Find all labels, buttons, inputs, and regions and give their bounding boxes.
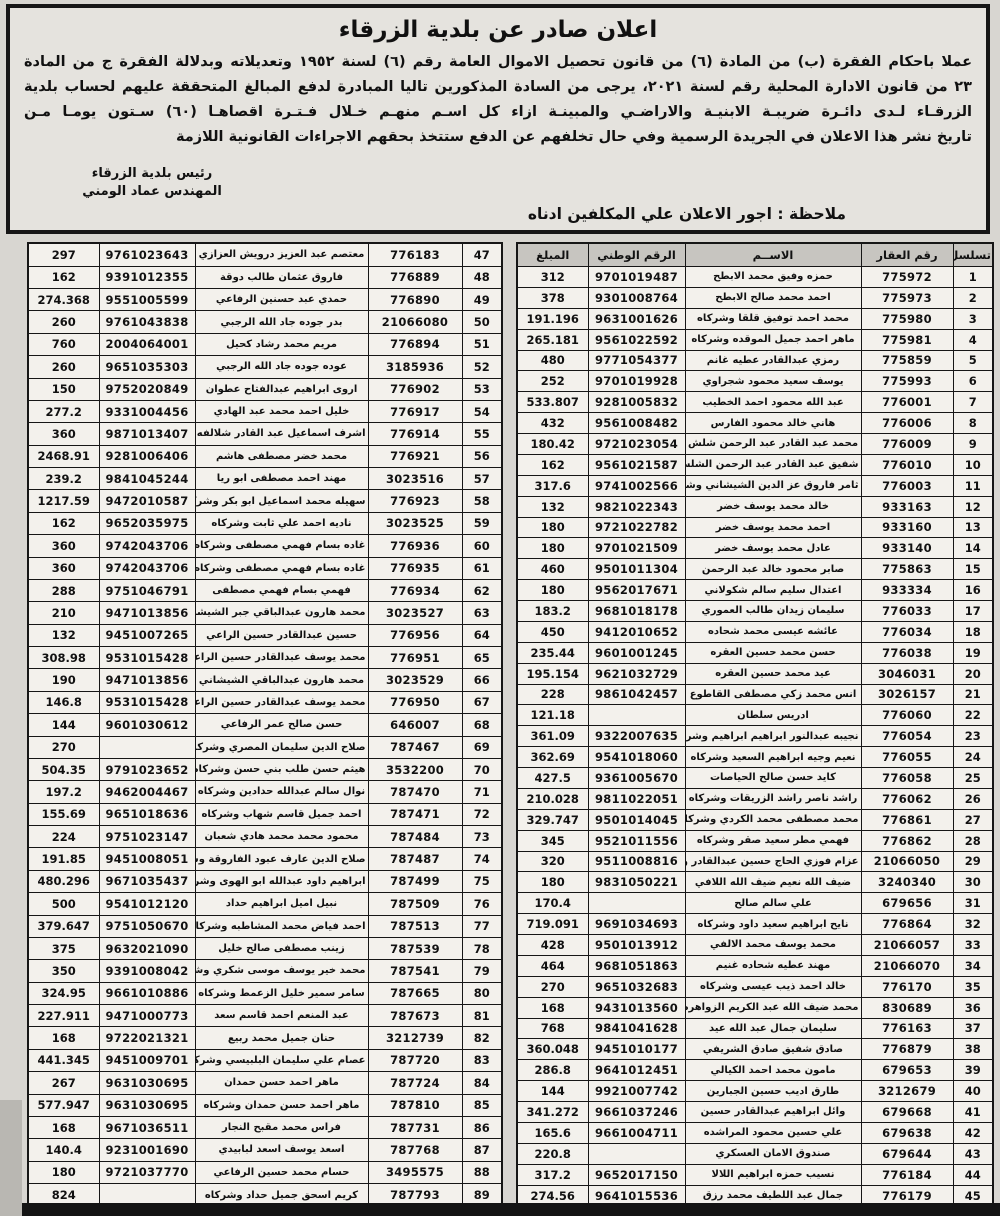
name-cell: خليل احمد محمد عبد الهادي — [195, 400, 368, 422]
property-number-cell: 787539 — [368, 937, 462, 959]
name-cell: خالد محمد يوسف خضر — [685, 496, 861, 517]
table-row: 35776170خالد احمد ذيب عيسى وشركاه9651032… — [517, 976, 993, 997]
amount-cell: 2468.91 — [28, 445, 99, 467]
table-row: 823212739حنان جميل محمد ربيع972202132116… — [28, 1027, 502, 1049]
name-cell: محمد هارون عبدالباقي الشيشاني — [195, 669, 368, 691]
amount-cell: 341.272 — [517, 1102, 588, 1123]
name-cell: نايح ابراهيم سعيد داود وشركاه — [685, 914, 861, 935]
name-cell: احمد محمد يوسف خضر — [685, 517, 861, 538]
national-id-cell: 9661004711 — [588, 1122, 685, 1143]
national-id-cell: 9281005832 — [588, 392, 685, 413]
header-serial: تسلسل — [953, 243, 993, 267]
amount-cell: 132 — [28, 624, 99, 646]
property-number-cell: 776058 — [861, 768, 953, 789]
table-row: 663023529محمد هارون عبدالباقي الشيشاني94… — [28, 669, 502, 691]
amount-cell: 480 — [517, 350, 588, 371]
table-row: 51776894مريم محمد رشاد كحيل2004064001760 — [28, 333, 502, 355]
property-number-cell: 3023525 — [368, 512, 462, 534]
national-id-cell: 9451007265 — [99, 624, 195, 646]
table-row: 26776062راشد ناصر راشد الزريقات وشركاه98… — [517, 788, 993, 809]
property-number-cell: 3026157 — [861, 684, 953, 705]
national-id-cell: 9551005599 — [99, 289, 195, 311]
amount-cell: 210.028 — [517, 788, 588, 809]
serial-cell: 4 — [953, 329, 993, 350]
property-number-cell: 21066080 — [368, 311, 462, 333]
amount-cell: 183.2 — [517, 601, 588, 622]
amount-cell: 162 — [28, 512, 99, 534]
amount-cell: 180 — [28, 1161, 99, 1183]
amount-cell: 180 — [517, 872, 588, 893]
amount-cell: 140.4 — [28, 1139, 99, 1161]
table-row: 77787513احمد فياض محمد المشاطبه وشركاه97… — [28, 915, 502, 937]
national-id-cell: 9681051863 — [588, 955, 685, 976]
national-id-cell: 9871013407 — [99, 423, 195, 445]
national-id-cell: 9472010587 — [99, 490, 195, 512]
amount-cell: 441.345 — [28, 1049, 99, 1071]
name-cell: ثامر فاروق عز الدين الشيشاني وشركاه — [685, 475, 861, 496]
serial-cell: 57 — [462, 468, 502, 490]
signature-name: المهندس عماد الومني — [52, 183, 252, 201]
serial-cell: 76 — [462, 893, 502, 915]
name-cell: انس محمد زكي مصطفى القاطوع — [685, 684, 861, 705]
property-number-cell: 21066070 — [861, 955, 953, 976]
national-id-cell: 9921007742 — [588, 1081, 685, 1102]
national-id-cell: 9471013856 — [99, 602, 195, 624]
amount-cell: 235.44 — [517, 642, 588, 663]
amount-cell: 317.2 — [517, 1164, 588, 1185]
amount-cell: 180.42 — [517, 434, 588, 455]
national-id-cell: 9562017671 — [588, 580, 685, 601]
name-cell: علي حسين محمود المراشده — [685, 1122, 861, 1143]
name-cell: شفيق عبد القادر عبد الرحمن الشلش وشركاه — [685, 454, 861, 475]
national-id-cell: 9721022782 — [588, 517, 685, 538]
amount-cell: 265.181 — [517, 329, 588, 350]
serial-cell: 56 — [462, 445, 502, 467]
table-row: 25776058كايد حسن صالح الحياصات9361005670… — [517, 768, 993, 789]
national-id-cell: 9742043706 — [99, 557, 195, 579]
table-row: 67776950محمد يوسف عبدالقادر حسين الراعي9… — [28, 691, 502, 713]
table-row: 5775859رمزي عبدالقادر عطيه غانم977105437… — [517, 350, 993, 371]
serial-cell: 36 — [953, 997, 993, 1018]
serial-cell: 81 — [462, 1005, 502, 1027]
national-id-cell: 9322007635 — [588, 726, 685, 747]
table-row: 3321066057محمد يوسف محمد الالفي950101391… — [517, 935, 993, 956]
property-number-cell: 776902 — [368, 378, 462, 400]
name-cell: محمود محمد محمد هادي شعبان — [195, 826, 368, 848]
table-row: 10776010شفيق عبد القادر عبد الرحمن الشلش… — [517, 454, 993, 475]
name-cell: ماهر احمد جميل الموقده وشركاه — [685, 329, 861, 350]
property-number-cell: 3212679 — [861, 1081, 953, 1102]
amount-cell: 464 — [517, 955, 588, 976]
property-number-cell: 933163 — [861, 496, 953, 517]
table-row: 703532200هيثم حسن طلب بني حسن وشركاه9791… — [28, 758, 502, 780]
property-number-cell: 787720 — [368, 1049, 462, 1071]
name-cell: خالد احمد ذيب عيسى وشركاه — [685, 976, 861, 997]
serial-cell: 39 — [953, 1060, 993, 1081]
amount-cell: 224 — [28, 826, 99, 848]
amount-cell: 450 — [517, 621, 588, 642]
table-row: 49776890حمدي عبد حسنين الرفاعي9551005599… — [28, 289, 502, 311]
national-id-cell: 9771054377 — [588, 350, 685, 371]
property-number-cell: 679668 — [861, 1102, 953, 1123]
serial-cell: 2 — [953, 287, 993, 308]
amount-cell: 760 — [28, 333, 99, 355]
national-id-cell — [588, 1143, 685, 1164]
national-id-cell: 9471013856 — [99, 669, 195, 691]
amount-cell: 308.98 — [28, 647, 99, 669]
property-number-cell: 776950 — [368, 691, 462, 713]
table-row: 19776038حسن محمد حسين العقره960100124523… — [517, 642, 993, 663]
table-row: 69787467صلاح الدين سليمان المصري وشركاه2… — [28, 736, 502, 758]
property-number-cell: 776951 — [368, 647, 462, 669]
property-number-cell: 3046031 — [861, 663, 953, 684]
national-id-cell: 9561008482 — [588, 413, 685, 434]
national-id-cell: 9701021509 — [588, 538, 685, 559]
amount-cell: 360 — [28, 423, 99, 445]
table-row: 3775980محمد احمد توفيق قلقا وشركاه963100… — [517, 308, 993, 329]
table-row: 54776917خليل احمد محمد عبد الهادي9331004… — [28, 400, 502, 422]
serial-cell: 65 — [462, 647, 502, 669]
national-id-cell: 9691034693 — [588, 914, 685, 935]
serial-cell: 68 — [462, 714, 502, 736]
property-number-cell: 776921 — [368, 445, 462, 467]
national-id-cell: 9761043838 — [99, 311, 195, 333]
property-number-cell: 776862 — [861, 830, 953, 851]
national-id-cell: 9681018178 — [588, 601, 685, 622]
property-number-cell: 776033 — [861, 601, 953, 622]
national-id-cell: 9631030695 — [99, 1094, 195, 1116]
national-id-cell: 9722021321 — [99, 1027, 195, 1049]
serial-cell: 44 — [953, 1164, 993, 1185]
amount-cell: 361.09 — [517, 726, 588, 747]
name-cell: فاروق عثمان طالب دوقة — [195, 266, 368, 288]
serial-cell: 15 — [953, 559, 993, 580]
property-number-cell: 775863 — [861, 559, 953, 580]
serial-cell: 32 — [953, 914, 993, 935]
national-id-cell: 9701019487 — [588, 267, 685, 288]
amount-cell: 150 — [28, 378, 99, 400]
serial-cell: 79 — [462, 960, 502, 982]
name-cell: مامون محمد احمد الكيالي — [685, 1060, 861, 1081]
national-id-cell: 2004064001 — [99, 333, 195, 355]
property-number-cell: 776184 — [861, 1164, 953, 1185]
property-number-cell: 776934 — [368, 579, 462, 601]
serial-cell: 88 — [462, 1161, 502, 1183]
table-row: 74787487صلاح الدين عارف عبود الفاروقة وش… — [28, 848, 502, 870]
property-number-cell: 776956 — [368, 624, 462, 646]
property-number-cell: 776889 — [368, 266, 462, 288]
property-number-cell: 933160 — [861, 517, 953, 538]
property-number-cell: 776010 — [861, 454, 953, 475]
table-row: 39679653مامون محمد احمد الكيالي964101245… — [517, 1060, 993, 1081]
table-row: 75787499ابراهيم داود عبدالله ابو الهوى و… — [28, 870, 502, 892]
table-row: 55776914اشرف اسماعيل عبد القادر شلالفه98… — [28, 423, 502, 445]
national-id-cell: 9391008042 — [99, 960, 195, 982]
table-row: 16933334اعتدال سليم سالم شكولاني95620176… — [517, 580, 993, 601]
table-row: 43679644صندوق الامان العسكري220.8 — [517, 1143, 993, 1164]
property-number-cell: 3240340 — [861, 872, 953, 893]
header-property-number: رقم العقار — [861, 243, 953, 267]
name-cell: محمد احمد توفيق قلقا وشركاه — [685, 308, 861, 329]
national-id-cell: 9721037770 — [99, 1161, 195, 1183]
amount-cell: 274.368 — [28, 289, 99, 311]
table-row: 71787470نوال سالم عبدالله حدادين وشركاه9… — [28, 781, 502, 803]
property-number-cell: 776170 — [861, 976, 953, 997]
property-number-cell: 3212739 — [368, 1027, 462, 1049]
newspaper-notice-page: اعلان صادر عن بلدية الزرقاء عملا باحكام … — [0, 0, 1000, 1216]
property-number-cell: 775980 — [861, 308, 953, 329]
table-row: 15775863صابر محمود خالد عبد الرحمن950101… — [517, 559, 993, 580]
amount-cell: 1217.59 — [28, 490, 99, 512]
property-number-cell: 933334 — [861, 580, 953, 601]
serial-cell: 34 — [953, 955, 993, 976]
serial-cell: 18 — [953, 621, 993, 642]
property-number-cell: 776163 — [861, 1018, 953, 1039]
property-number-cell: 776890 — [368, 289, 462, 311]
national-id-cell: 9861042457 — [588, 684, 685, 705]
name-cell: معتصم عبد العزيز درويش العزازي — [195, 243, 368, 266]
table-row: 523185936عوده جوده جاد الله الرجبي965103… — [28, 356, 502, 378]
taxpayer-table-right: تسلسل رقم العقار الاســم الرقم الوطني ال… — [516, 242, 994, 1208]
name-cell: سليمان زيدان طالب العموري — [685, 601, 861, 622]
amount-cell: 220.8 — [517, 1143, 588, 1164]
table-row: 65776951محمد يوسف عبدالقادر حسين الراعي9… — [28, 647, 502, 669]
national-id-cell: 9451009701 — [99, 1049, 195, 1071]
name-cell: عبد المنعم احمد قاسم سعد — [195, 1005, 368, 1027]
amount-cell: 260 — [28, 311, 99, 333]
amount-cell: 180 — [517, 580, 588, 601]
property-number-cell: 776006 — [861, 413, 953, 434]
table-row: 56776921محمد خضر مصطفى هاشم9281006406246… — [28, 445, 502, 467]
national-id-cell: 9841045244 — [99, 468, 195, 490]
national-id-cell — [588, 893, 685, 914]
national-id-cell: 9521011556 — [588, 830, 685, 851]
amount-cell: 180 — [517, 538, 588, 559]
serial-cell: 9 — [953, 434, 993, 455]
amount-cell: 170.4 — [517, 893, 588, 914]
table-row: 83787720عصام علي سليمان البلبيسي وشركاه9… — [28, 1049, 502, 1071]
serial-cell: 31 — [953, 893, 993, 914]
national-id-cell: 9561022592 — [588, 329, 685, 350]
property-number-cell: 679656 — [861, 893, 953, 914]
signature-block: رئيس بلدية الزرقاء المهندس عماد الومني — [52, 165, 252, 201]
name-cell: احمد فياض محمد المشاطبه وشركاه — [195, 915, 368, 937]
amount-cell: 286.8 — [517, 1060, 588, 1081]
table-row: 44776184نسيب حمزه ابراهيم اللالا96520171… — [517, 1164, 993, 1185]
table-row: 85787810ماهر احمد حسن حمدان وشركاه963103… — [28, 1094, 502, 1116]
table-row: 86787731فراس محمد مقبح النجار96710365111… — [28, 1116, 502, 1138]
serial-cell: 80 — [462, 982, 502, 1004]
property-number-cell: 787731 — [368, 1116, 462, 1138]
serial-cell: 86 — [462, 1116, 502, 1138]
property-number-cell: 3495575 — [368, 1161, 462, 1183]
name-cell: فراس محمد مقبح النجار — [195, 1116, 368, 1138]
serial-cell: 49 — [462, 289, 502, 311]
table-row: 78787539زينب مصطفى صالح خليل963202109037… — [28, 937, 502, 959]
name-cell: محمد يوسف عبدالقادر حسين الراعي — [195, 691, 368, 713]
property-number-cell: 776923 — [368, 490, 462, 512]
paragraph-line-1: عملا باحكام الفقرة (ب) من المادة (٦) من … — [24, 50, 972, 75]
national-id-cell: 9821022343 — [588, 496, 685, 517]
name-cell: ماهر احمد حسن حمدان — [195, 1072, 368, 1094]
name-cell: نجيبه عبدالنور ابراهيم ابراهيم وشركاه — [685, 726, 861, 747]
amount-cell: 350 — [28, 960, 99, 982]
table-row: 42679638علي حسين محمود المراشده966100471… — [517, 1122, 993, 1143]
amount-cell: 146.8 — [28, 691, 99, 713]
serial-cell: 61 — [462, 557, 502, 579]
property-number-cell: 787665 — [368, 982, 462, 1004]
property-number-cell: 775973 — [861, 287, 953, 308]
serial-cell: 13 — [953, 517, 993, 538]
table-row: 883495575حسام محمد حسين الرفاعي972103777… — [28, 1161, 502, 1183]
serial-cell: 48 — [462, 266, 502, 288]
name-cell: محمد ضيف الله عبد الكريم الزواهره — [685, 997, 861, 1018]
property-number-cell: 3023527 — [368, 602, 462, 624]
amount-cell: 267 — [28, 1072, 99, 1094]
national-id-cell: 9811022051 — [588, 788, 685, 809]
table-row: 32776864نايح ابراهيم سعيد داود وشركاه969… — [517, 914, 993, 935]
scan-side-shadow — [0, 1100, 22, 1216]
name-cell: زينب مصطفى صالح خليل — [195, 937, 368, 959]
name-cell: محمد يوسف محمد الالفي — [685, 935, 861, 956]
property-number-cell: 21066057 — [861, 935, 953, 956]
serial-cell: 38 — [953, 1039, 993, 1060]
table-row: 2921066050عزام فوزي الحاج حسين عبدالقادر… — [517, 851, 993, 872]
serial-cell: 78 — [462, 937, 502, 959]
serial-cell: 42 — [953, 1122, 993, 1143]
table-row: 1775972حمزه وفيق محمد الابطح970101948731… — [517, 267, 993, 288]
amount-cell: 144 — [517, 1081, 588, 1102]
name-cell: علي سالم صالح — [685, 893, 861, 914]
name-cell: هاني خالد محمود الفارس — [685, 413, 861, 434]
table-row: 81787673عبد المنعم احمد قاسم سعد94710007… — [28, 1005, 502, 1027]
serial-cell: 52 — [462, 356, 502, 378]
amount-cell: 360 — [28, 535, 99, 557]
name-cell: محمد عبد القادر عبد الرحمن شلش — [685, 434, 861, 455]
name-cell: فهمي بسام فهمي مصطفى — [195, 579, 368, 601]
table-row: 9776009محمد عبد القادر عبد الرحمن شلش972… — [517, 434, 993, 455]
serial-cell: 85 — [462, 1094, 502, 1116]
property-number-cell: 787541 — [368, 960, 462, 982]
serial-cell: 75 — [462, 870, 502, 892]
amount-cell: 162 — [28, 266, 99, 288]
table-row: 633023527محمد هارون عبدالباقي جبر الشيشا… — [28, 602, 502, 624]
serial-cell: 77 — [462, 915, 502, 937]
table-row: 22776060ادريس سلطان121.18 — [517, 705, 993, 726]
amount-cell: 500 — [28, 893, 99, 915]
name-cell: عوده جوده جاد الله الرجبي — [195, 356, 368, 378]
amount-cell: 324.95 — [28, 982, 99, 1004]
table-row: 84787724ماهر احمد حسن حمدان9631030695267 — [28, 1072, 502, 1094]
serial-cell: 67 — [462, 691, 502, 713]
name-cell: نعيم وجيه ابراهيم السعيد وشركاه — [685, 747, 861, 768]
header-amount: المبلغ — [517, 243, 588, 267]
serial-cell: 27 — [953, 809, 993, 830]
amount-cell: 195.154 — [517, 663, 588, 684]
serial-cell: 66 — [462, 669, 502, 691]
name-cell: عزام فوزي الحاج حسين عبدالقادر وشركاه — [685, 851, 861, 872]
table-row: 58776923سهيله محمد اسماعيل ابو بكر وشركا… — [28, 490, 502, 512]
amount-cell: 277.2 — [28, 400, 99, 422]
table-row: 213026157انس محمد زكي مصطفى القاطوع98610… — [517, 684, 993, 705]
serial-cell: 43 — [953, 1143, 993, 1164]
serial-cell: 23 — [953, 726, 993, 747]
national-id-cell: 9671035437 — [99, 870, 195, 892]
amount-cell: 719.091 — [517, 914, 588, 935]
notice-box: اعلان صادر عن بلدية الزرقاء عملا باحكام … — [6, 4, 990, 234]
property-number-cell: 787467 — [368, 736, 462, 758]
amount-cell: 210 — [28, 602, 99, 624]
name-cell: حمدي عبد حسنين الرفاعي — [195, 289, 368, 311]
national-id-cell: 9652035975 — [99, 512, 195, 534]
serial-cell: 37 — [953, 1018, 993, 1039]
national-id-cell: 9601001245 — [588, 642, 685, 663]
national-id-cell: 9541012120 — [99, 893, 195, 915]
amount-cell: 270 — [28, 736, 99, 758]
header-national-id: الرقم الوطني — [588, 243, 685, 267]
serial-cell: 82 — [462, 1027, 502, 1049]
property-number-cell: 776864 — [861, 914, 953, 935]
name-cell: محمد خير يوسف موسى شكري وشركاه — [195, 960, 368, 982]
serial-cell: 7 — [953, 392, 993, 413]
table-row: 38776879صادق شفيق صادق الشريفي9451010177… — [517, 1039, 993, 1060]
name-cell: رمزي عبدالقادر عطيه غانم — [685, 350, 861, 371]
national-id-cell: 9651032683 — [588, 976, 685, 997]
property-number-cell: 933140 — [861, 538, 953, 559]
paragraph-line-3: الزرقـاء لـدى دائـرة ضريبـة الابنيـة وال… — [24, 100, 972, 125]
national-id-cell: 9791023652 — [99, 758, 195, 780]
amount-cell: 317.6 — [517, 475, 588, 496]
amount-cell: 379.647 — [28, 915, 99, 937]
national-id-cell: 9331004456 — [99, 400, 195, 422]
amount-cell: 360.048 — [517, 1039, 588, 1060]
national-id-cell: 9531015428 — [99, 647, 195, 669]
national-id-cell: 9651035303 — [99, 356, 195, 378]
property-number-cell: 787484 — [368, 826, 462, 848]
serial-cell: 5 — [953, 350, 993, 371]
amount-cell: 227.911 — [28, 1005, 99, 1027]
property-number-cell: 776879 — [861, 1039, 953, 1060]
table-row: 53776902اروى ابراهيم عبدالفتاح عطوان9752… — [28, 378, 502, 400]
table-row: 573023516مهند احمد مصطفى ابو ريا98410452… — [28, 468, 502, 490]
amount-cell: 228 — [517, 684, 588, 705]
table-row: 24776055نعيم وجيه ابراهيم السعيد وشركاه9… — [517, 747, 993, 768]
national-id-cell: 9281006406 — [99, 445, 195, 467]
name-cell: محمد هارون عبدالباقي جبر الشيشاني — [195, 602, 368, 624]
table-row: 17776033سليمان زيدان طالب العموري9681018… — [517, 601, 993, 622]
national-id-cell: 9531015428 — [99, 691, 195, 713]
table-header-row: تسلسل رقم العقار الاســم الرقم الوطني ال… — [517, 243, 993, 267]
national-id-cell: 9652017150 — [588, 1164, 685, 1185]
paragraph-line-4: تاريخ نشر هذا الاعلان في الجريدة الرسمية… — [162, 125, 972, 150]
name-cell: حسن صالح عمر الرفاعي — [195, 714, 368, 736]
name-cell: سامر سمير خليل الزعمط وشركاه — [195, 982, 368, 1004]
serial-cell: 35 — [953, 976, 993, 997]
name-cell: راشد ناصر راشد الزريقات وشركاه — [685, 788, 861, 809]
name-cell: وائل ابراهيم عبدالقادر حسين — [685, 1102, 861, 1123]
serial-cell: 11 — [953, 475, 993, 496]
property-number-cell: 3023529 — [368, 669, 462, 691]
name-cell: عصام علي سليمان البلبيسي وشركاه — [195, 1049, 368, 1071]
table-row: 6775993يوسف سعيد محمود شجراوي97010199282… — [517, 371, 993, 392]
property-number-cell: 21066050 — [861, 851, 953, 872]
table-row: 593023525ناديه احمد علي ثابت وشركاه96520… — [28, 512, 502, 534]
national-id-cell: 9501011304 — [588, 559, 685, 580]
national-id-cell: 9841041628 — [588, 1018, 685, 1039]
serial-cell: 20 — [953, 663, 993, 684]
property-number-cell: 775859 — [861, 350, 953, 371]
national-id-cell: 9671036511 — [99, 1116, 195, 1138]
